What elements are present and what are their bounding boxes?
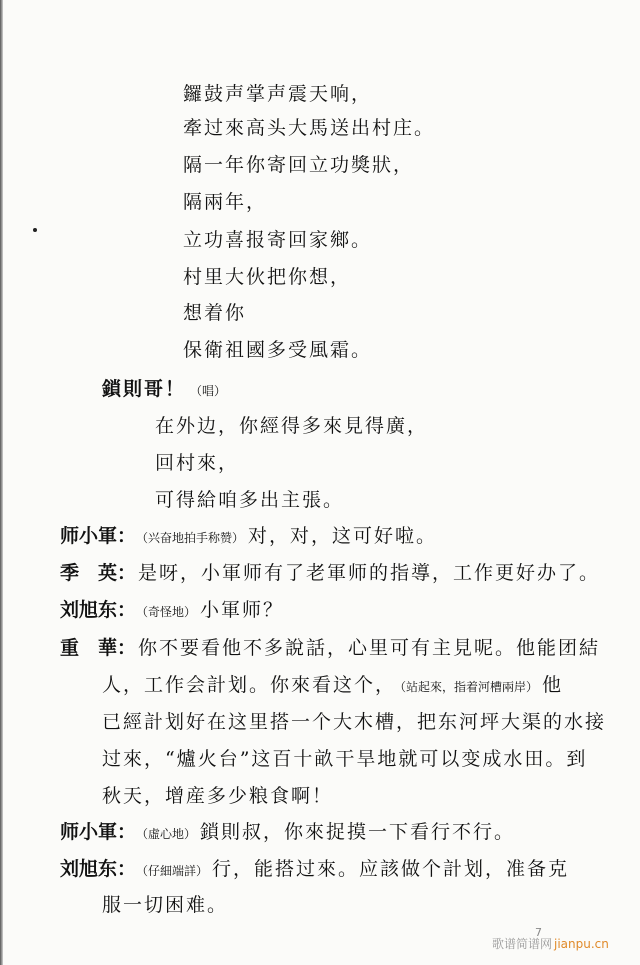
verse-line: 牽过來高头大馬送出村庄。 bbox=[183, 116, 435, 140]
verse-line: 鑼鼓声掌声震天响， bbox=[183, 82, 372, 106]
speaker-name: 鎖則哥 bbox=[102, 378, 165, 400]
speaker-name: 刘旭东 bbox=[60, 598, 117, 622]
verse-line: 隔一年你寄回立功獎狀， bbox=[183, 153, 414, 177]
speaker-name: 季 英 bbox=[60, 561, 117, 585]
dialogue-line: 师小軍：（虛心地）鎖則叔，你來捉摸一下看行不行。 bbox=[60, 820, 515, 846]
speaker-name: 刘旭东 bbox=[60, 857, 117, 881]
stage-direction: （虛心地） bbox=[142, 827, 196, 841]
stage-direction: （兴奋地拍手称赞） bbox=[142, 531, 244, 545]
speech-text: 对，对，这可好啦。 bbox=[248, 525, 437, 547]
stage-direction: （仔細端詳） bbox=[142, 864, 208, 878]
dialogue-line: 师小軍：（兴奋地拍手称赞）对，对，这可好啦。 bbox=[60, 524, 437, 550]
verse-line: 立功喜报寄回家鄉。 bbox=[183, 228, 372, 252]
speech-text: 是呀，小軍师有了老軍师的指導，工作更好办了。 bbox=[138, 562, 600, 584]
watermark-en: jianpu.cn bbox=[554, 937, 609, 951]
dialogue-continuation: 服一切困难。 bbox=[102, 893, 228, 917]
song-line: 可得給咱多出主張。 bbox=[155, 488, 344, 512]
speech-text: 鎖則叔，你來捉摸一下看行不行。 bbox=[200, 821, 515, 843]
dialogue-continuation: 人，工作会計划。你來看这个，（站起來，指着河槽兩岸）他 bbox=[102, 673, 563, 699]
scan-page-edge bbox=[0, 0, 3, 965]
stage-direction: （唱） bbox=[190, 384, 226, 398]
song-speaker-line: 鎖則哥！（唱） bbox=[102, 377, 230, 403]
watermark-cn: 歌谱简谱网 bbox=[492, 937, 552, 951]
watermark: 歌谱简谱网jianpu.cn bbox=[492, 935, 609, 952]
dialogue-continuation: 秋天，增産多少粮食啊！ bbox=[102, 784, 333, 808]
stage-direction: （站起來，指着河槽兩岸） bbox=[400, 680, 538, 694]
speaker-punct: ！ bbox=[165, 378, 186, 400]
stage-direction: （奇怪地） bbox=[142, 605, 196, 619]
dialogue-line: 刘旭东：（仔細端詳）行，能搭过來。应該做个計划，准备克 bbox=[60, 857, 569, 883]
verse-line: 想着你 bbox=[183, 301, 246, 325]
dialogue-line: 重 華：你不要看他不多說話，心里可有主見呢。他能团結 bbox=[60, 636, 600, 660]
speaker-name: 重 華 bbox=[60, 636, 117, 660]
speech-text: 行，能搭过來。应該做个計划，准备克 bbox=[212, 858, 569, 880]
speech-text: 人，工作会計划。你來看这个， bbox=[102, 674, 396, 696]
speaker-name: 师小軍 bbox=[60, 524, 117, 548]
dialogue-continuation: 已經計划好在这里搭一个大木槽，把东河坪大渠的水接 bbox=[102, 710, 606, 734]
speaker-name: 师小軍 bbox=[60, 820, 117, 844]
dialogue-continuation: 过來，“爐火台”这百十畝干旱地就可以变成水田。到 bbox=[102, 747, 587, 771]
verse-line: 隔兩年， bbox=[183, 190, 267, 214]
verse-line: 保衛祖國多受風霜。 bbox=[183, 338, 372, 362]
dialogue-line: 刘旭东：（奇怪地）小軍师？ bbox=[60, 598, 284, 624]
speech-text: 他 bbox=[542, 674, 563, 696]
speech-text: 小軍师？ bbox=[200, 599, 284, 621]
verse-line: 村里大伙把你想， bbox=[183, 265, 351, 289]
speech-text: 你不要看他不多說話，心里可有主見呢。他能团結 bbox=[138, 637, 600, 659]
song-line: 在外边，你經得多來見得廣， bbox=[155, 414, 428, 438]
dialogue-line: 季 英：是呀，小軍师有了老軍师的指導，工作更好办了。 bbox=[60, 561, 600, 585]
scan-speck bbox=[33, 228, 37, 232]
song-line: 回村來， bbox=[155, 451, 239, 475]
